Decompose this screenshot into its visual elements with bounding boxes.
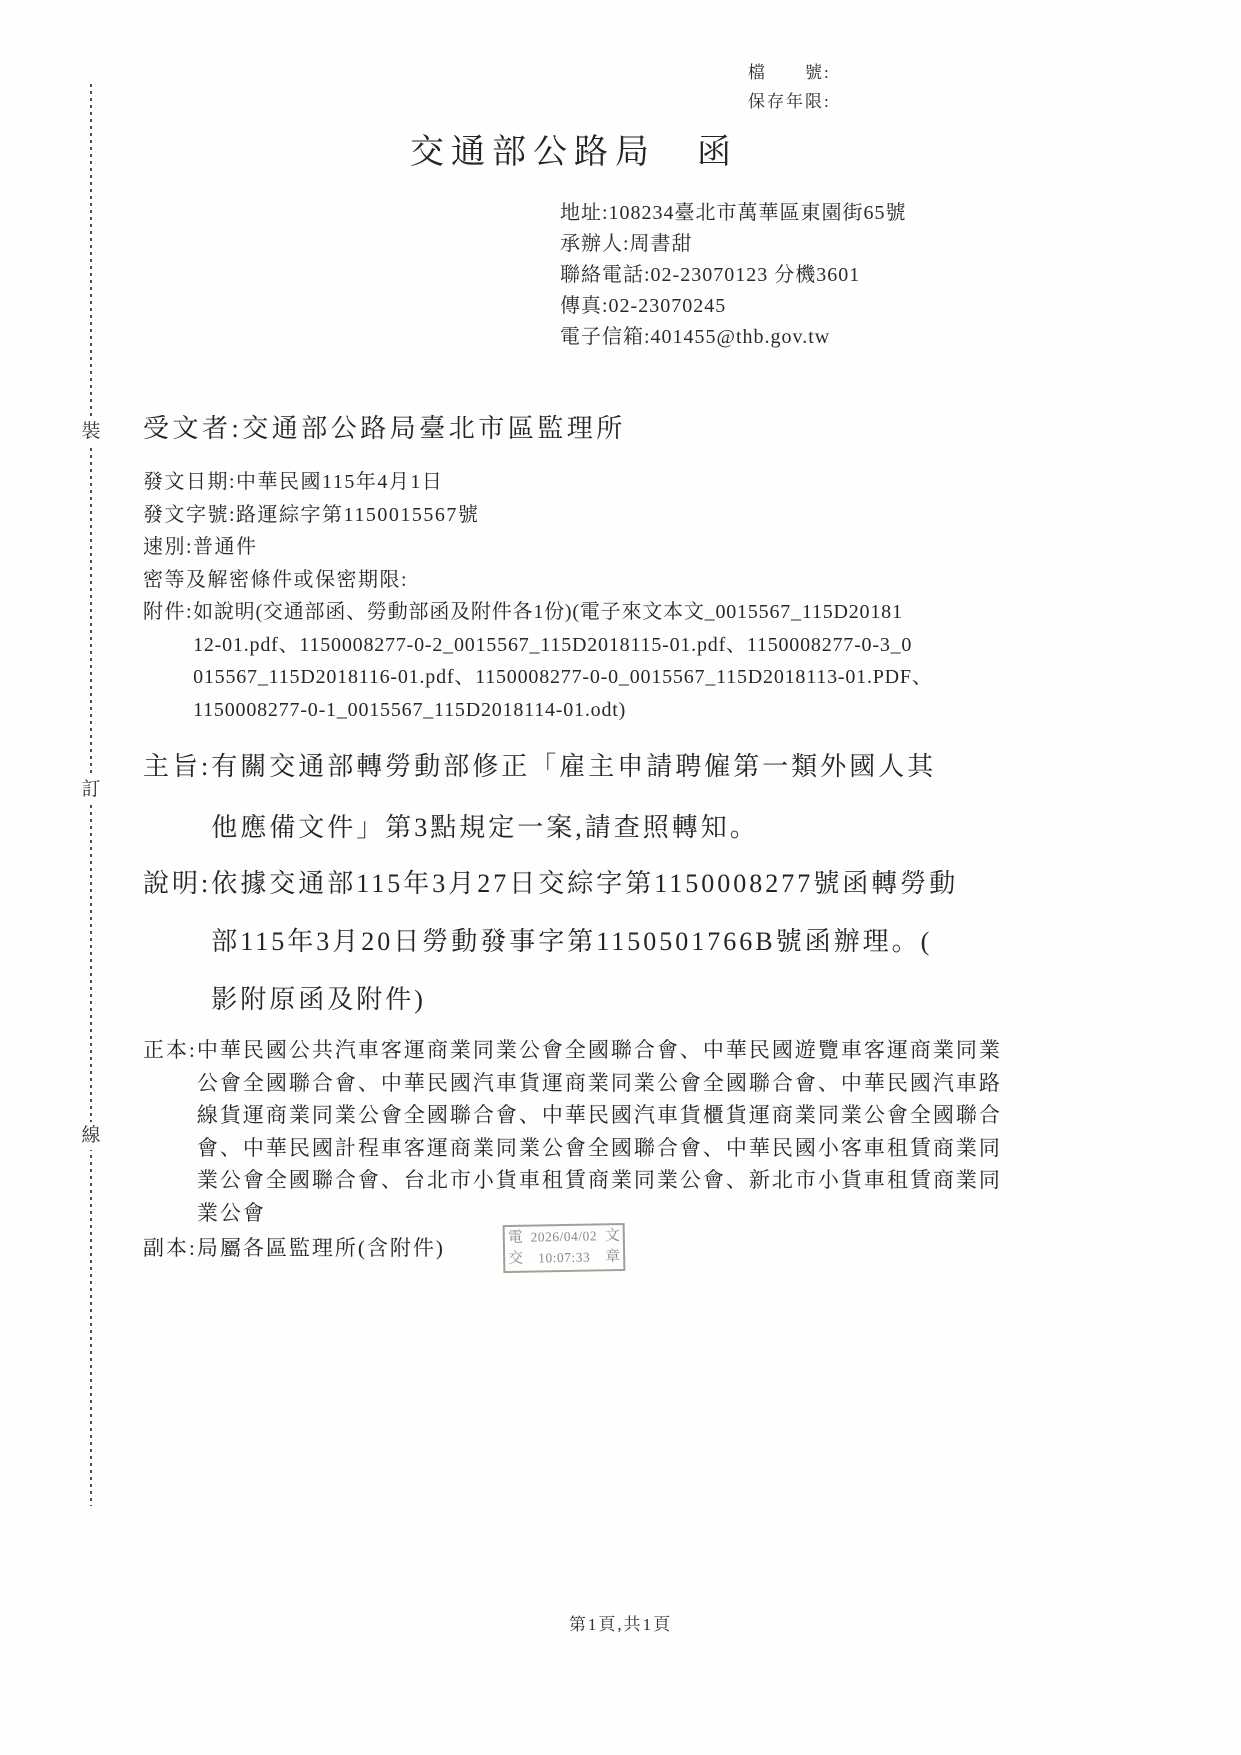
- document-meta-block: 發文日期:中華民國115年4月1日 發文字號:路運綜字第1150015567號 …: [143, 466, 933, 726]
- sender-handler: 承辦人:周書甜: [560, 229, 907, 260]
- sender-fax: 傳真:02-23070245: [560, 291, 907, 322]
- description-label: 說明:: [143, 855, 211, 913]
- subject-label: 主旨:: [143, 736, 211, 797]
- original-line: 公會全國聯合會、中華民國汽車貨運商業同業公會全國聯合會、中華民國汽車路: [197, 1067, 1002, 1100]
- attachment-block: 附件: 如說明(交通部函、勞動部函及附件各1份)(電子來文本文_0015567_…: [143, 596, 933, 726]
- file-number-label: 檔 號:: [748, 58, 831, 87]
- attachment-line: 如說明(交通部函、勞動部函及附件各1份)(電子來文本文_0015567_115D…: [193, 596, 933, 629]
- sender-email: 電子信箱:401455@thb.gov.tw: [560, 322, 907, 353]
- attachment-list: 如說明(交通部函、勞動部函及附件各1份)(電子來文本文_0015567_115D…: [193, 596, 933, 726]
- page-footer: 第1頁,共1頁: [0, 1610, 1241, 1635]
- copy-value: 局屬各區監理所(含附件): [197, 1232, 445, 1262]
- binding-mark-zhuang: 裝: [78, 418, 104, 446]
- subject-line: 有關交通部轉勞動部修正「雇主申請聘僱第一類外國人其: [211, 736, 936, 797]
- recipient-line: 受文者:交通部公路局臺北市區監理所: [143, 408, 626, 445]
- original-line: 業公會全國聯合會、台北市小貨車租賃商業同業公會、新北市小貨車租賃商業同: [197, 1164, 1002, 1197]
- subject-section: 主旨: 有關交通部轉勞動部修正「雇主申請聘僱第一類外國人其 他應備文件」第3點規…: [143, 736, 936, 858]
- subject-line: 他應備文件」第3點規定一案,請查照轉知。: [211, 797, 936, 858]
- attachment-line: 12-01.pdf、1150008277-0-2_0015567_115D201…: [193, 629, 933, 662]
- file-number-block: 檔 號: 保存年限:: [748, 58, 831, 116]
- attachment-line: 015567_115D2018116-01.pdf、1150008277-0-0…: [193, 661, 933, 694]
- sender-phone: 聯絡電話:02-23070123 分機3601: [560, 260, 907, 291]
- doc-number-line: 發文字號:路運綜字第1150015567號: [143, 499, 933, 532]
- security-line: 密等及解密條件或保密期限:: [143, 564, 933, 597]
- copy-label: 副本:: [143, 1232, 197, 1262]
- stamp-char: 文: [605, 1226, 620, 1247]
- attachment-label: 附件:: [143, 596, 193, 629]
- stamp-char: 電: [508, 1228, 523, 1249]
- original-line: 會、中華民國計程車客運商業同業公會全國聯合會、中華民國小客車租賃商業同: [197, 1132, 1002, 1165]
- original-body: 中華民國公共汽車客運商業同業公會全國聯合會、中華民國遊覽車客運商業同業 公會全國…: [197, 1034, 1002, 1229]
- official-letter-page: 裝 訂 線 檔 號: 保存年限: 交通部公路局 函 地址:108234臺北市萬華…: [0, 0, 1241, 1755]
- original-line: 中華民國公共汽車客運商業同業公會全國聯合會、中華民國遊覽車客運商業同業: [197, 1034, 1002, 1067]
- stamp-char: 交: [508, 1249, 523, 1270]
- stamp-char: 章: [605, 1247, 620, 1268]
- description-line: 影附原函及附件): [211, 971, 958, 1029]
- attachment-line: 1150008277-0-1_0015567_115D2018114-01.od…: [193, 694, 933, 727]
- original-line: 線貨運商業同業公會全國聯合會、中華民國汽車貨櫃貨運商業同業公會全國聯合: [197, 1099, 1002, 1132]
- description-line: 部115年3月20日勞動發事字第1150501766B號函辦理。(: [211, 913, 958, 971]
- sender-address: 地址:108234臺北市萬華區東園街65號: [560, 198, 907, 229]
- electronic-exchange-stamp: 電 2026/04/02 文 交 10:07:33 章: [503, 1223, 626, 1273]
- stamp-time: 10:07:33: [523, 1248, 605, 1268]
- retention-period-label: 保存年限:: [748, 87, 831, 116]
- sender-contact-block: 地址:108234臺北市萬華區東園街65號 承辦人:周書甜 聯絡電話:02-23…: [560, 198, 907, 353]
- description-body: 依據交通部115年3月27日交綜字第1150008277號函轉勞動 部115年3…: [211, 855, 958, 1029]
- description-line: 依據交通部115年3月27日交綜字第1150008277號函轉勞動: [211, 855, 958, 913]
- copy-recipients-section: 副本: 局屬各區監理所(含附件): [143, 1232, 445, 1262]
- binding-mark-xian: 線: [78, 1122, 104, 1150]
- priority-line: 速別:普通件: [143, 531, 933, 564]
- issue-date-line: 發文日期:中華民國115年4月1日: [143, 466, 933, 499]
- stamp-date: 2026/04/02: [523, 1227, 605, 1247]
- original-recipients-section: 正本: 中華民國公共汽車客運商業同業公會全國聯合會、中華民國遊覽車客運商業同業 …: [143, 1034, 1002, 1229]
- binding-mark-ding: 訂: [78, 776, 104, 804]
- subject-body: 有關交通部轉勞動部修正「雇主申請聘僱第一類外國人其 他應備文件」第3點規定一案,…: [211, 736, 936, 858]
- original-label: 正本:: [143, 1034, 197, 1067]
- document-title: 交通部公路局 函: [410, 124, 738, 173]
- description-section: 說明: 依據交通部115年3月27日交綜字第1150008277號函轉勞動 部1…: [143, 855, 958, 1029]
